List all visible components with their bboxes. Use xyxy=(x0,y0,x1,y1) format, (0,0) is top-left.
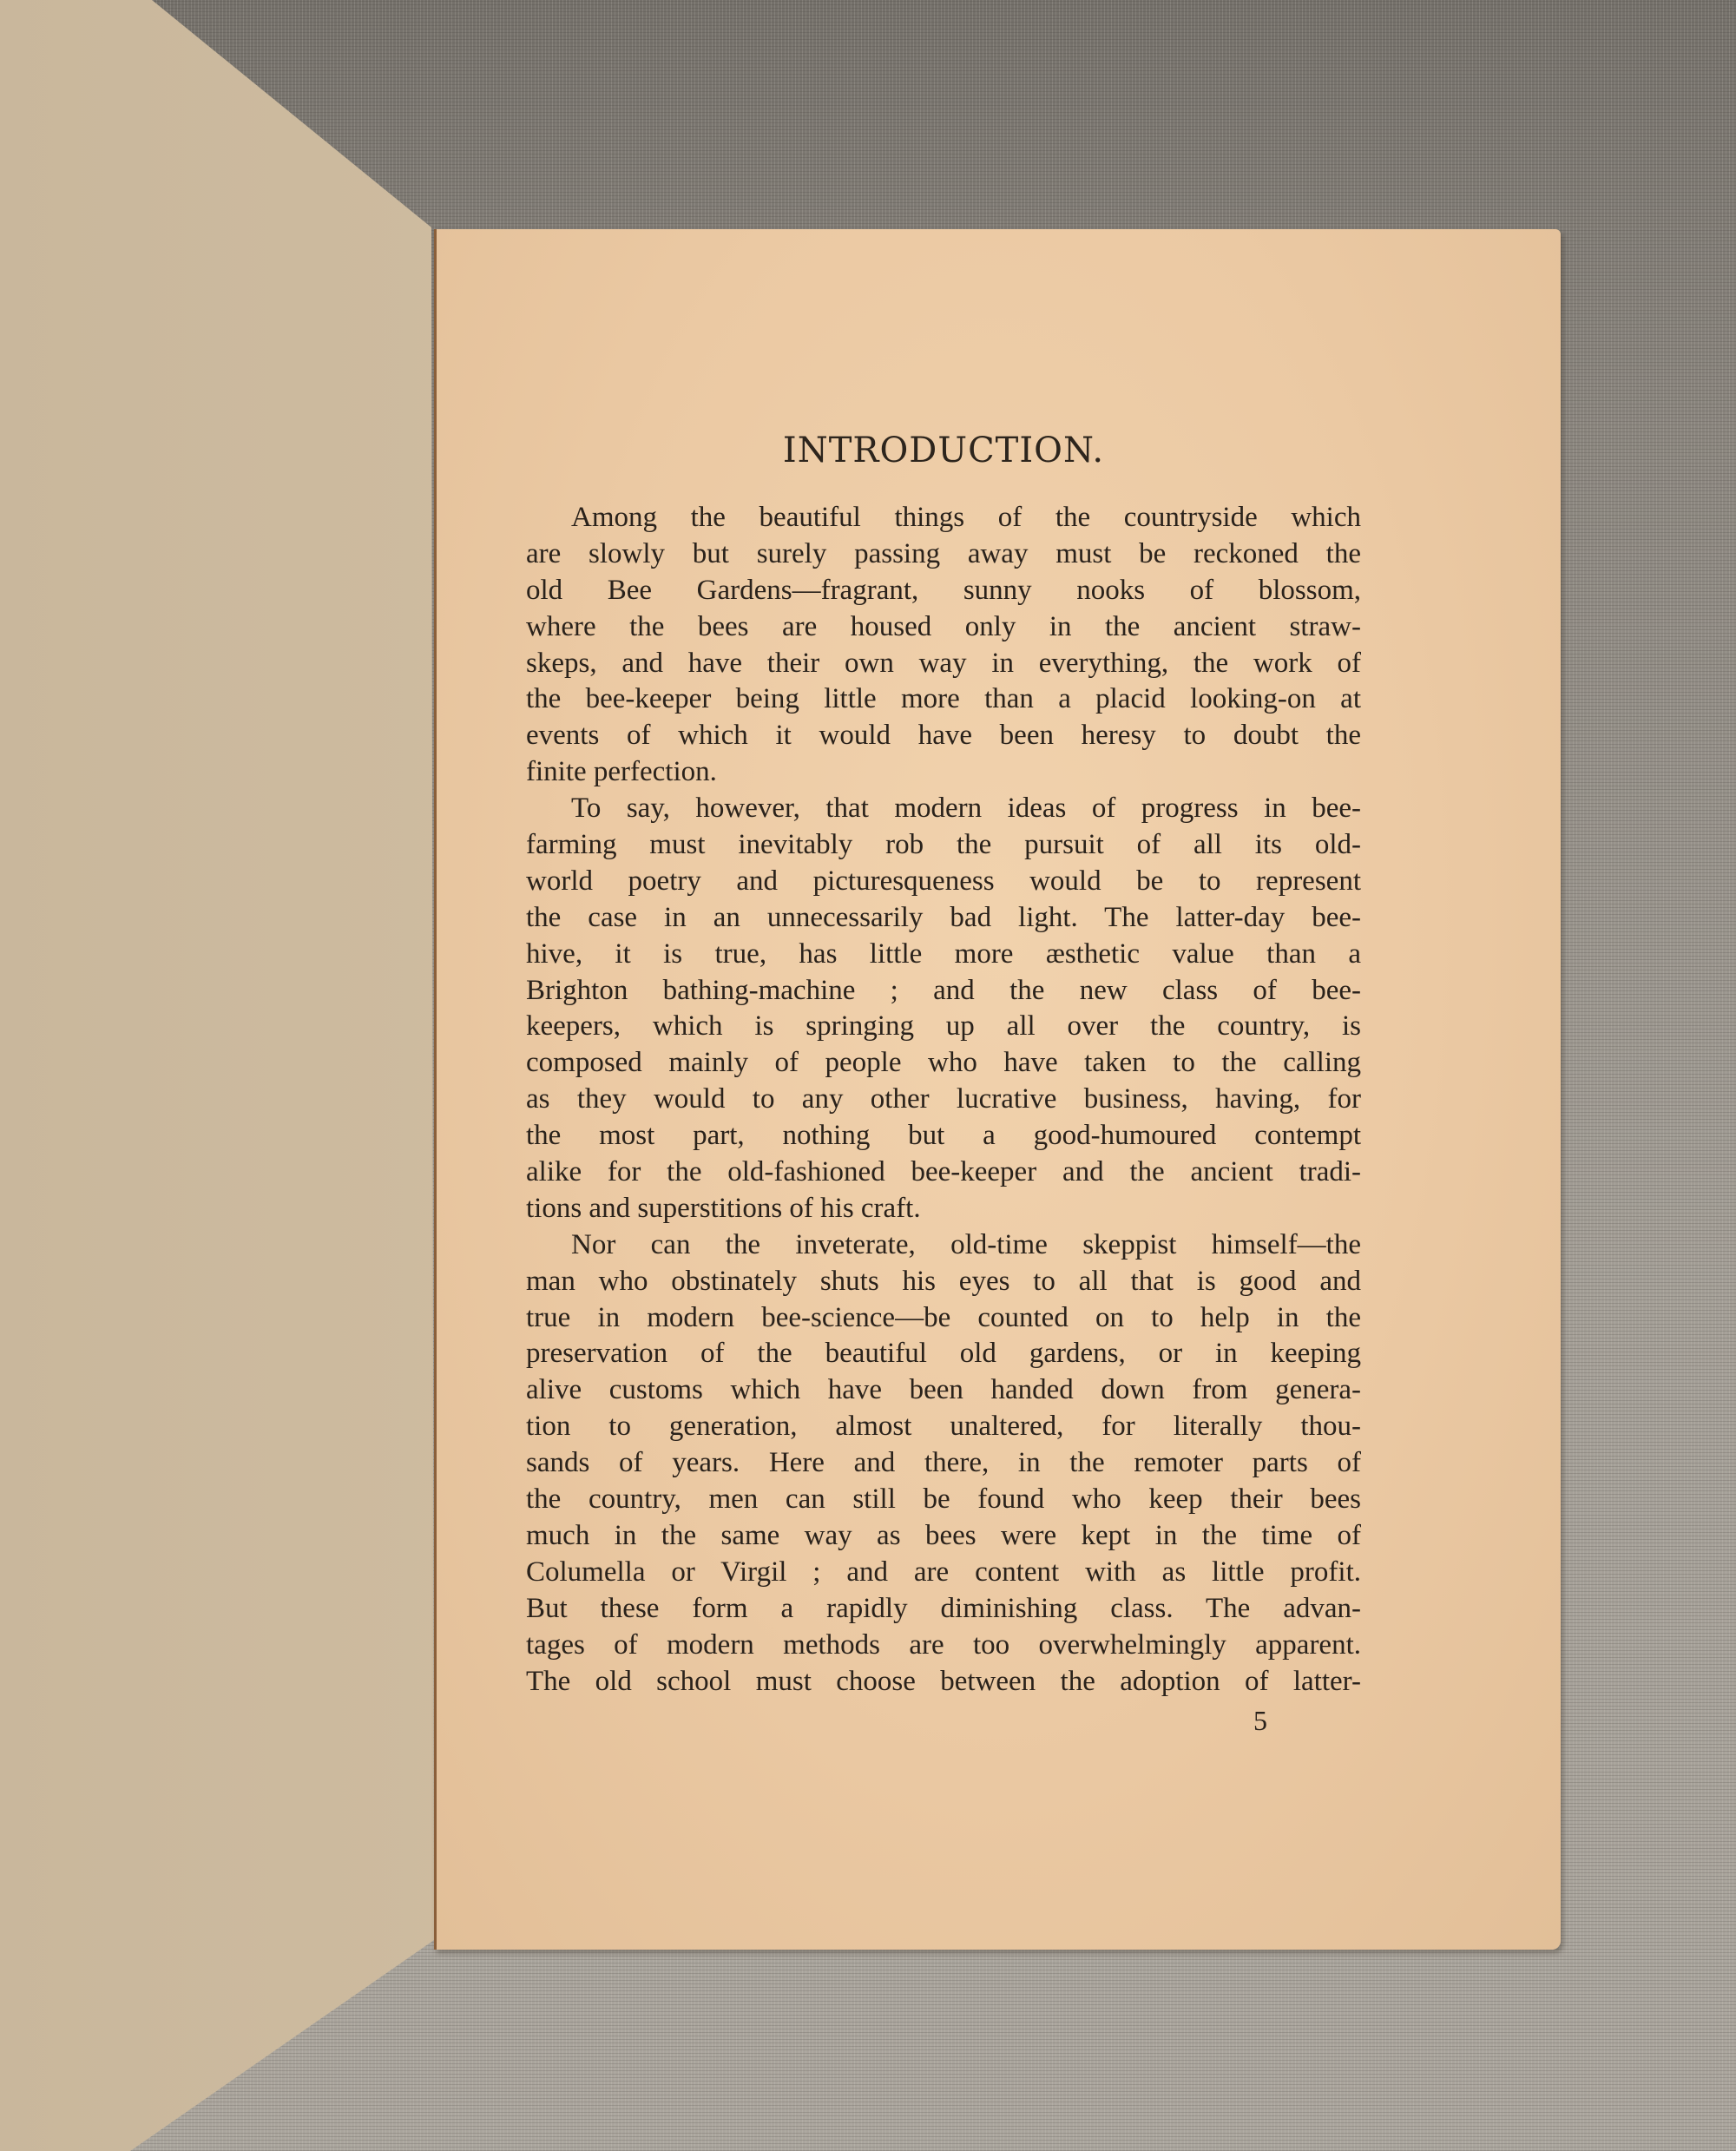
text-line: much in the same way as bees were kept i… xyxy=(526,1518,1361,1555)
text-line: the country, men can still be found who … xyxy=(526,1482,1361,1518)
text-line: alike for the old-fashioned bee-keeper a… xyxy=(526,1154,1361,1191)
text-line: Nor can the inveterate, old-time skeppis… xyxy=(526,1227,1361,1264)
text-line: farming must inevitably rob the pursuit … xyxy=(526,827,1361,864)
text-line: tion to generation, almost unaltered, fo… xyxy=(526,1409,1361,1445)
text-line: keepers, which is springing up all over … xyxy=(526,1009,1361,1045)
text-line: true in modern bee-science—be counted on… xyxy=(526,1300,1361,1337)
text-line: To say, however, that modern ideas of pr… xyxy=(526,791,1361,827)
text-line: old Bee Gardens—fragrant, sunny nooks of… xyxy=(526,573,1361,609)
book-page: INTRODUCTION. Among the beautiful things… xyxy=(434,229,1561,1950)
text-line: where the bees are housed only in the an… xyxy=(526,609,1361,646)
text-line: finite perfection. xyxy=(526,754,1361,791)
text-line: The old school must choose between the a… xyxy=(526,1664,1361,1700)
text-line: events of which it would have been heres… xyxy=(526,718,1361,754)
text-line: composed mainly of people who have taken… xyxy=(526,1045,1361,1082)
text-line: are slowly but surely passing away must … xyxy=(526,536,1361,573)
text-line: Among the beautiful things of the countr… xyxy=(526,500,1361,536)
text-line: the most part, nothing but a good-humour… xyxy=(526,1118,1361,1154)
text-line: tions and superstitions of his craft. xyxy=(526,1191,1361,1227)
text-line: Brighton bathing-machine ; and the new c… xyxy=(526,973,1361,1010)
text-line: man who obstinately shuts his eyes to al… xyxy=(526,1264,1361,1300)
text-line: world poetry and picturesqueness would b… xyxy=(526,864,1361,900)
text-line: the bee-keeper being little more than a … xyxy=(526,681,1361,718)
text-line: preservation of the beautiful old garden… xyxy=(526,1336,1361,1372)
text-line: skeps, and have their own way in everyth… xyxy=(526,646,1361,682)
text-line: alive customs which have been handed dow… xyxy=(526,1372,1361,1409)
text-line: as they would to any other lucrative bus… xyxy=(526,1082,1361,1118)
text-line: hive, it is true, has little more æsthet… xyxy=(526,937,1361,973)
page-number: 5 xyxy=(1253,1705,1267,1737)
chapter-title: INTRODUCTION. xyxy=(526,431,1361,470)
text-line: Columella or Virgil ; and are content wi… xyxy=(526,1555,1361,1591)
text-line: the case in an unnecessarily bad light. … xyxy=(526,900,1361,937)
text-line: sands of years. Here and there, in the r… xyxy=(526,1445,1361,1482)
text-line: But these form a rapidly diminishing cla… xyxy=(526,1591,1361,1628)
body-text: Among the beautiful things of the countr… xyxy=(526,500,1361,1700)
text-line: tages of modern methods are too overwhel… xyxy=(526,1628,1361,1664)
